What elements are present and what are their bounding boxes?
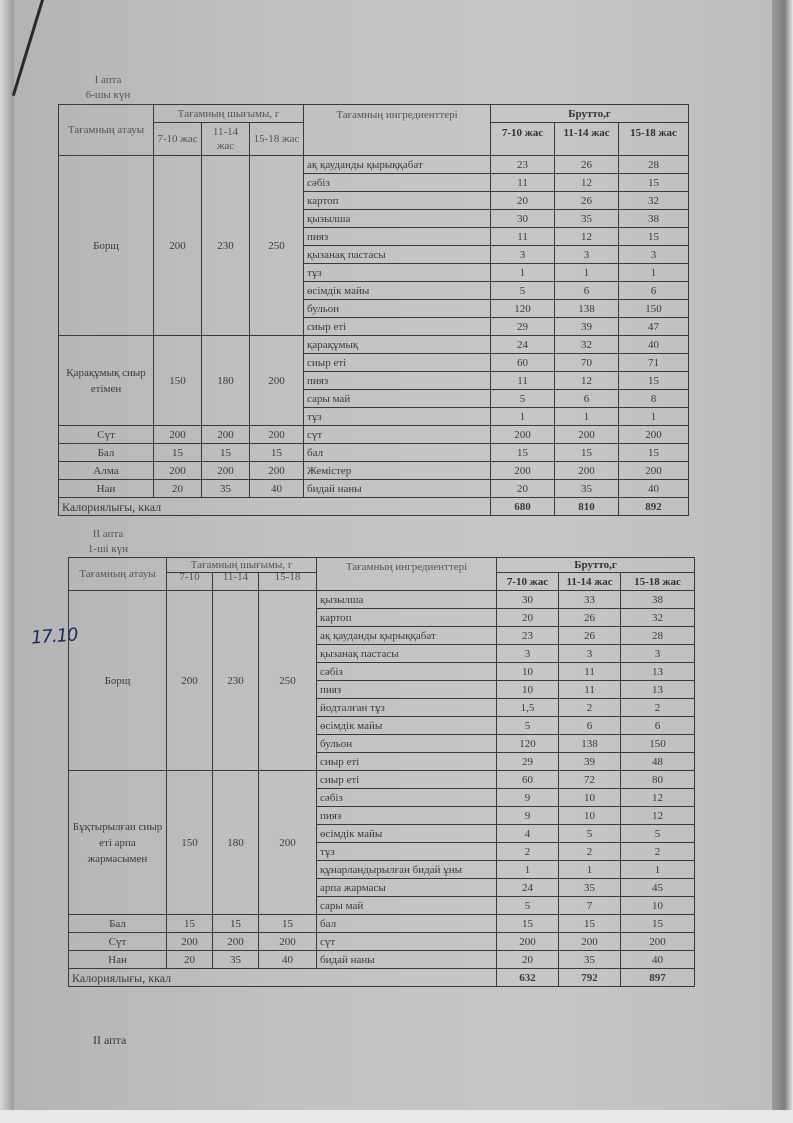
total-age-2: 810 [555, 498, 619, 516]
ingredient-gross-age-3: 6 [621, 717, 695, 735]
ingredient-gross-age-3: 1 [619, 408, 689, 426]
dish-yield-age-3: 40 [250, 480, 304, 498]
ingredient-name: бульон [304, 300, 491, 318]
ingredient-gross-age-1: 3 [491, 246, 555, 264]
total-age-3: 897 [621, 969, 695, 987]
ingredient-gross-age-2: 3 [555, 246, 619, 264]
ingredient-gross-age-2: 32 [555, 336, 619, 354]
ingredient-gross-age-2: 2 [559, 843, 621, 861]
ingredient-name: өсімдік майы [304, 282, 491, 300]
header-gross-age-3: 15-18 жас [619, 123, 689, 156]
ingredient-name: сәбіз [317, 789, 497, 807]
dish-yield-age-1: 200 [154, 426, 202, 444]
ingredient-gross-age-3: 5 [621, 825, 695, 843]
ingredient-name: бульон [317, 735, 497, 753]
ingredient-gross-age-1: 60 [491, 354, 555, 372]
table-row: Қарақұмық сиыр етімен150180200қарақұмық2… [59, 336, 689, 354]
ingredient-gross-age-3: 1 [621, 861, 695, 879]
ingredient-gross-age-1: 20 [491, 480, 555, 498]
ingredient-name: пияз [304, 372, 491, 390]
ingredient-gross-age-3: 38 [621, 591, 695, 609]
ingredient-name: арпа жармасы [317, 879, 497, 897]
ingredient-name: картоп [317, 609, 497, 627]
ingredient-gross-age-3: 10 [621, 897, 695, 915]
ingredient-gross-age-3: 1 [619, 264, 689, 282]
table-row: Бұқтырылған сиыр еті арпа жармасымен1501… [69, 771, 695, 789]
ingredient-gross-age-2: 6 [555, 390, 619, 408]
dish-yield-age-2: 35 [202, 480, 250, 498]
dish-name: Борщ [59, 156, 154, 336]
dish-yield-age-3: 200 [250, 462, 304, 480]
header-ingredients: Тағамның ингредиенттері [317, 558, 497, 591]
ingredient-gross-age-1: 29 [497, 753, 559, 771]
ingredient-gross-age-1: 60 [497, 771, 559, 789]
dish-name: Сүт [59, 426, 154, 444]
ingredient-gross-age-1: 200 [491, 462, 555, 480]
total-age-2: 792 [559, 969, 621, 987]
scan-left-edge [0, 0, 14, 1123]
header-gross: Брутто,г [491, 105, 689, 123]
dish-yield-age-2: 15 [213, 915, 259, 933]
dish-yield-age-3: 200 [250, 336, 304, 426]
next-week-heading: II апта [93, 1033, 126, 1048]
dish-yield-age-3: 250 [259, 591, 317, 771]
ingredient-gross-age-1: 30 [497, 591, 559, 609]
ingredient-gross-age-1: 15 [497, 915, 559, 933]
ingredient-gross-age-2: 15 [555, 444, 619, 462]
header-yield-age-3: 15-18 жас [250, 123, 304, 156]
dish-yield-age-2: 200 [213, 933, 259, 951]
table-row: Сүт200200200сүт200200200 [59, 426, 689, 444]
header-gross: Брутто,г [497, 558, 695, 573]
ingredient-name: сары май [317, 897, 497, 915]
ingredient-gross-age-2: 1 [555, 264, 619, 282]
table-row: Борщ200230250қызылша303338 [69, 591, 695, 609]
ingredient-name: сары май [304, 390, 491, 408]
dish-yield-age-1: 20 [154, 480, 202, 498]
dish-yield-age-1: 20 [167, 951, 213, 969]
dish-name: Нан [69, 951, 167, 969]
header-yield-age-1: 7-10 жас [154, 123, 202, 156]
header-yield-age-2: 11-14 [213, 573, 259, 591]
ingredient-gross-age-1: 11 [491, 372, 555, 390]
ingredient-gross-age-2: 35 [555, 480, 619, 498]
ingredient-gross-age-3: 3 [619, 246, 689, 264]
dish-yield-age-2: 230 [202, 156, 250, 336]
ingredient-gross-age-3: 40 [621, 951, 695, 969]
day-label: 1-ші күн [78, 542, 138, 557]
week-label: I апта [78, 73, 138, 88]
ingredient-gross-age-2: 3 [559, 645, 621, 663]
dish-yield-age-3: 250 [250, 156, 304, 336]
ingredient-name: өсімдік майы [317, 717, 497, 735]
ingredient-gross-age-1: 20 [497, 609, 559, 627]
ingredient-gross-age-3: 15 [619, 174, 689, 192]
ingredient-gross-age-1: 23 [491, 156, 555, 174]
dish-name: Қарақұмық сиыр етімен [59, 336, 154, 426]
total-age-1: 632 [497, 969, 559, 987]
ingredient-gross-age-1: 1,5 [497, 699, 559, 717]
ingredient-gross-age-3: 28 [619, 156, 689, 174]
ingredient-gross-age-3: 48 [621, 753, 695, 771]
ingredient-name: пияз [317, 807, 497, 825]
ingredient-gross-age-3: 40 [619, 480, 689, 498]
ingredient-gross-age-1: 5 [491, 282, 555, 300]
ingredient-gross-age-2: 200 [555, 426, 619, 444]
header-gross-age-1: 7-10 жас [497, 573, 559, 591]
ingredient-gross-age-3: 71 [619, 354, 689, 372]
ingredient-gross-age-2: 39 [555, 318, 619, 336]
table-row: Бал151515бал151515 [59, 444, 689, 462]
table-row: Нан203540бидай наны203540 [69, 951, 695, 969]
ingredient-gross-age-1: 5 [497, 897, 559, 915]
ingredient-gross-age-3: 32 [619, 192, 689, 210]
table-row: Бал151515бал151515 [69, 915, 695, 933]
header-gross-age-2: 11-14 жас [555, 123, 619, 156]
ingredient-name: йодталған тұз [317, 699, 497, 717]
table-row: Борщ200230250ақ қауданды қырыққабат23262… [59, 156, 689, 174]
total-label: Калориялығы, ккал [59, 498, 491, 516]
ingredient-name: сиыр еті [304, 318, 491, 336]
ingredient-gross-age-3: 12 [621, 807, 695, 825]
ingredient-gross-age-3: 32 [621, 609, 695, 627]
dish-name: Алма [59, 462, 154, 480]
dish-yield-age-1: 15 [167, 915, 213, 933]
ingredient-gross-age-2: 10 [559, 789, 621, 807]
ingredient-gross-age-2: 12 [555, 372, 619, 390]
ingredient-name: сәбіз [304, 174, 491, 192]
ingredient-gross-age-3: 200 [621, 933, 695, 951]
ingredient-name: ақ қауданды қырыққабат [317, 627, 497, 645]
ingredient-gross-age-2: 70 [555, 354, 619, 372]
ingredient-name: бидай наны [304, 480, 491, 498]
ingredient-gross-age-3: 200 [619, 462, 689, 480]
total-age-3: 892 [619, 498, 689, 516]
ingredient-gross-age-2: 1 [555, 408, 619, 426]
ingredient-gross-age-1: 10 [497, 663, 559, 681]
ingredient-gross-age-1: 200 [491, 426, 555, 444]
ingredient-name: тұз [304, 264, 491, 282]
ingredient-name: құнарландырылған бидай ұны [317, 861, 497, 879]
ingredient-gross-age-1: 15 [491, 444, 555, 462]
total-row: Калориялығы, ккал 632 792 897 [69, 969, 695, 987]
ingredient-gross-age-3: 8 [619, 390, 689, 408]
header-yield: Тағамның шығымы, г [167, 558, 317, 573]
dish-yield-age-2: 200 [202, 426, 250, 444]
section-heading-week2-day1: II апта 1-ші күн [78, 527, 138, 557]
ingredient-gross-age-1: 5 [491, 390, 555, 408]
ingredient-gross-age-1: 120 [497, 735, 559, 753]
dish-name: Сүт [69, 933, 167, 951]
dish-name: Нан [59, 480, 154, 498]
dish-yield-age-3: 200 [259, 933, 317, 951]
ingredient-gross-age-2: 200 [555, 462, 619, 480]
ingredient-gross-age-1: 2 [497, 843, 559, 861]
ingredient-gross-age-3: 15 [619, 228, 689, 246]
ingredient-name: қызанақ пастасы [317, 645, 497, 663]
ingredient-gross-age-2: 6 [555, 282, 619, 300]
ingredient-name: қызанақ пастасы [304, 246, 491, 264]
header-gross-age-3: 15-18 жас [621, 573, 695, 591]
ingredient-gross-age-1: 24 [491, 336, 555, 354]
ingredient-gross-age-3: 13 [621, 681, 695, 699]
menu-table-week2-day1: Тағамның атауы Тағамның шығымы, г Тағамн… [68, 557, 695, 987]
dish-yield-age-1: 15 [154, 444, 202, 462]
ingredient-gross-age-3: 3 [621, 645, 695, 663]
ingredient-gross-age-3: 13 [621, 663, 695, 681]
ingredient-gross-age-2: 33 [559, 591, 621, 609]
ingredient-name: бал [317, 915, 497, 933]
dish-name: Бал [69, 915, 167, 933]
ingredient-name: сиыр еті [317, 771, 497, 789]
ingredient-gross-age-1: 200 [497, 933, 559, 951]
scan-right-edge [772, 0, 793, 1123]
ingredient-gross-age-3: 15 [619, 372, 689, 390]
ingredient-gross-age-2: 138 [559, 735, 621, 753]
table-row: Нан203540бидай наны203540 [59, 480, 689, 498]
ingredient-gross-age-2: 7 [559, 897, 621, 915]
dish-name: Бал [59, 444, 154, 462]
ingredient-gross-age-2: 35 [559, 879, 621, 897]
ingredient-gross-age-1: 23 [497, 627, 559, 645]
header-yield-age-1: 7-10 [167, 573, 213, 591]
ingredient-name: сиыр еті [317, 753, 497, 771]
ingredient-gross-age-2: 26 [555, 192, 619, 210]
ingredient-gross-age-1: 20 [491, 192, 555, 210]
ingredient-gross-age-3: 15 [621, 915, 695, 933]
ingredient-gross-age-3: 45 [621, 879, 695, 897]
dish-yield-age-2: 200 [202, 462, 250, 480]
total-row: Калориялығы, ккал 680 810 892 [59, 498, 689, 516]
header-ingredients: Тағамның ингредиенттері [304, 105, 491, 156]
ingredient-gross-age-2: 11 [559, 681, 621, 699]
dish-yield-age-2: 180 [202, 336, 250, 426]
ingredient-gross-age-2: 72 [559, 771, 621, 789]
dish-name: Бұқтырылған сиыр еті арпа жармасымен [69, 771, 167, 915]
header-gross-age-1: 7-10 жас [491, 123, 555, 156]
dish-yield-age-2: 15 [202, 444, 250, 462]
ingredient-gross-age-3: 38 [619, 210, 689, 228]
ingredient-gross-age-1: 30 [491, 210, 555, 228]
ingredient-gross-age-3: 12 [621, 789, 695, 807]
ingredient-name: Жемістер [304, 462, 491, 480]
total-age-1: 680 [491, 498, 555, 516]
ingredient-name: қызылша [317, 591, 497, 609]
ingredient-name: сиыр еті [304, 354, 491, 372]
ingredient-gross-age-2: 11 [559, 663, 621, 681]
ingredient-gross-age-1: 1 [491, 408, 555, 426]
table-row: Алма200200200Жемістер200200200 [59, 462, 689, 480]
dish-name: Борщ [69, 591, 167, 771]
ingredient-gross-age-1: 9 [497, 807, 559, 825]
ingredient-gross-age-2: 138 [555, 300, 619, 318]
ingredient-name: пияз [317, 681, 497, 699]
ingredient-gross-age-1: 9 [497, 789, 559, 807]
ingredient-gross-age-3: 15 [619, 444, 689, 462]
dish-yield-age-3: 200 [250, 426, 304, 444]
ingredient-name: өсімдік майы [317, 825, 497, 843]
ingredient-gross-age-1: 5 [497, 717, 559, 735]
ingredient-gross-age-1: 11 [491, 174, 555, 192]
ingredient-name: сәбіз [317, 663, 497, 681]
ingredient-gross-age-1: 3 [497, 645, 559, 663]
week-label: II апта [78, 527, 138, 542]
ingredient-gross-age-2: 39 [559, 753, 621, 771]
ingredient-gross-age-3: 80 [621, 771, 695, 789]
menu-table-week1-day6: Тағамның атауы Тағамның шығымы, г Тағамн… [58, 104, 689, 516]
ingredient-gross-age-3: 47 [619, 318, 689, 336]
ingredient-gross-age-3: 40 [619, 336, 689, 354]
ingredient-gross-age-2: 12 [555, 228, 619, 246]
dish-yield-age-3: 15 [259, 915, 317, 933]
ingredient-gross-age-1: 10 [497, 681, 559, 699]
header-dish-name: Тағамның атауы [69, 558, 167, 591]
ingredient-name: бал [304, 444, 491, 462]
header-yield-age-2: 11-14 жас [202, 123, 250, 156]
ingredient-gross-age-3: 200 [619, 426, 689, 444]
ingredient-gross-age-2: 26 [559, 627, 621, 645]
ingredient-gross-age-2: 2 [559, 699, 621, 717]
dish-yield-age-2: 230 [213, 591, 259, 771]
dish-yield-age-1: 200 [154, 462, 202, 480]
ingredient-gross-age-2: 10 [559, 807, 621, 825]
ingredient-name: қарақұмық [304, 336, 491, 354]
ingredient-gross-age-1: 24 [497, 879, 559, 897]
ingredient-name: сүт [317, 933, 497, 951]
ingredient-gross-age-1: 4 [497, 825, 559, 843]
ingredient-name: ақ қауданды қырыққабат [304, 156, 491, 174]
ingredient-name: сүт [304, 426, 491, 444]
dish-yield-age-2: 180 [213, 771, 259, 915]
dish-yield-age-1: 200 [154, 156, 202, 336]
ingredient-gross-age-3: 150 [619, 300, 689, 318]
ingredient-gross-age-2: 12 [555, 174, 619, 192]
dish-yield-age-2: 35 [213, 951, 259, 969]
ingredient-gross-age-3: 28 [621, 627, 695, 645]
day-label: 6-шы күн [78, 88, 138, 103]
ingredient-gross-age-1: 1 [497, 861, 559, 879]
ingredient-gross-age-1: 29 [491, 318, 555, 336]
ingredient-gross-age-2: 26 [555, 156, 619, 174]
ingredient-name: қызылша [304, 210, 491, 228]
dish-yield-age-1: 150 [167, 771, 213, 915]
ingredient-gross-age-1: 20 [497, 951, 559, 969]
ingredient-gross-age-2: 200 [559, 933, 621, 951]
ingredient-gross-age-2: 1 [559, 861, 621, 879]
total-label: Калориялығы, ккал [69, 969, 497, 987]
dish-yield-age-3: 40 [259, 951, 317, 969]
ingredient-gross-age-2: 5 [559, 825, 621, 843]
ingredient-name: картоп [304, 192, 491, 210]
ingredient-gross-age-2: 35 [559, 951, 621, 969]
ingredient-name: бидай наны [317, 951, 497, 969]
header-dish-name: Тағамның атауы [59, 105, 154, 156]
ingredient-gross-age-1: 11 [491, 228, 555, 246]
table-row: Сүт200200200сүт200200200 [69, 933, 695, 951]
ingredient-name: пияз [304, 228, 491, 246]
ingredient-gross-age-2: 35 [555, 210, 619, 228]
section-heading-week1-day6: I апта 6-шы күн [78, 73, 138, 103]
ingredient-gross-age-2: 15 [559, 915, 621, 933]
ingredient-name: тұз [317, 843, 497, 861]
ingredient-gross-age-3: 2 [621, 843, 695, 861]
scan-bottom-edge [0, 1110, 793, 1123]
ingredient-gross-age-2: 6 [559, 717, 621, 735]
dish-yield-age-3: 15 [250, 444, 304, 462]
ingredient-gross-age-1: 1 [491, 264, 555, 282]
dish-yield-age-3: 200 [259, 771, 317, 915]
ingredient-gross-age-1: 120 [491, 300, 555, 318]
ingredient-gross-age-3: 6 [619, 282, 689, 300]
header-gross-age-2: 11-14 жас [559, 573, 621, 591]
header-yield: Тағамның шығымы, г [154, 105, 304, 123]
ingredient-gross-age-3: 2 [621, 699, 695, 717]
dish-yield-age-1: 150 [154, 336, 202, 426]
ingredient-gross-age-3: 150 [621, 735, 695, 753]
dish-yield-age-1: 200 [167, 933, 213, 951]
ingredient-name: тұз [304, 408, 491, 426]
dish-yield-age-1: 200 [167, 591, 213, 771]
ingredient-gross-age-2: 26 [559, 609, 621, 627]
header-yield-age-3: 15-18 [259, 573, 317, 591]
